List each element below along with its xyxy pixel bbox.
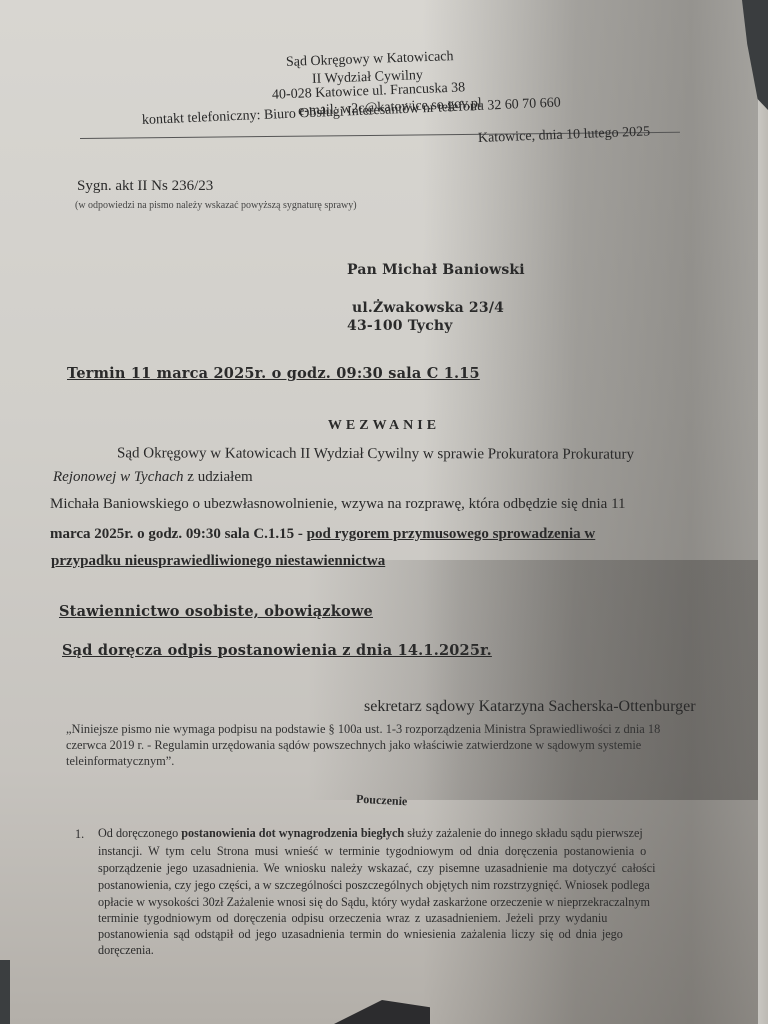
attendance-notice: Stawiennictwo osobiste, obowiązkowe	[59, 603, 373, 620]
body-line-2: Rejonowej w Tychach z udziałem	[53, 469, 253, 486]
instruction-item-number: 1.	[75, 827, 84, 842]
signature-note-line-1: „Niniejsze pismo nie wymaga podpisu na p…	[66, 722, 660, 737]
instruction-line-5: opłacie w wysokości 30zł Zażalenie wnosi…	[98, 895, 650, 910]
case-signature: Sygn. akt II Ns 236/23	[77, 178, 213, 195]
instruction-line-7: postanowienia sąd odstąpił od jego uzasa…	[98, 927, 623, 942]
instruction-line-1-rest: służy zażalenie do innego składu sądu pi…	[404, 826, 643, 840]
case-signature-note: (w odpowiedzi na pismo należy wskazać po…	[75, 200, 357, 211]
instruction-line-1: Od doręczonego postanowienia dot wynagro…	[98, 826, 643, 841]
recipient-name: Pan Michał Baniowski	[347, 262, 525, 278]
body-line-1: Sąd Okręgowy w Katowicach II Wydział Cyw…	[117, 445, 634, 463]
body-line-3: Michała Baniowskiego o ubezwłasnowolnien…	[50, 496, 626, 513]
instruction-line-3: sporządzenie jego uzasadnienia. We wnios…	[98, 861, 655, 876]
body-participation: z udziałem	[184, 469, 253, 485]
instruction-line-6: terminie tygodniowym od doręczenia odpis…	[98, 911, 607, 926]
recipient-street: ul.Żwakowska 23/4	[352, 300, 504, 316]
secretary-signature: sekretarz sądowy Katarzyna Sacherska-Ott…	[364, 698, 696, 716]
instruction-lead: Od doręczonego	[98, 826, 181, 840]
document-title: WEZWANIE	[0, 418, 768, 434]
signature-note-line-2: czerwca 2019 r. - Regulamin urzędowania …	[66, 738, 641, 753]
instruction-heading: Pouczenie	[356, 792, 408, 810]
instruction-line-4: postanowienia, czy jego części, a w szcz…	[98, 878, 650, 893]
instruction-lead-bold: postanowienia dot wynagrodzenia biegłych	[181, 826, 404, 840]
body-line-5: przypadku nieusprawiedliwionego niestawi…	[51, 553, 385, 570]
background-left	[0, 960, 10, 1024]
paper-edge	[758, 0, 768, 1024]
delivery-notice: Sąd doręcza odpis postanowienia z dnia 1…	[62, 642, 492, 659]
body-line-4: marca 2025r. o godz. 09:30 sala C.1.15 -…	[50, 526, 595, 543]
penalty-clause: pod rygorem przymusowego sprowadzenia w	[307, 526, 596, 542]
body-prosecutor-office: Rejonowej w Tychach	[53, 469, 184, 485]
signature-note-line-3: teleinformatycznym”.	[66, 754, 174, 769]
hearing-date-room: marca 2025r. o godz. 09:30 sala C.1.15 -	[50, 526, 307, 542]
instruction-line-8: doręczenia.	[98, 943, 154, 958]
hearing-term: Termin 11 marca 2025r. o godz. 09:30 sal…	[67, 365, 480, 382]
recipient-city: 43-100 Tychy	[347, 318, 453, 334]
instruction-line-2: instancji. W tym celu Strona musi wnieść…	[98, 844, 646, 859]
